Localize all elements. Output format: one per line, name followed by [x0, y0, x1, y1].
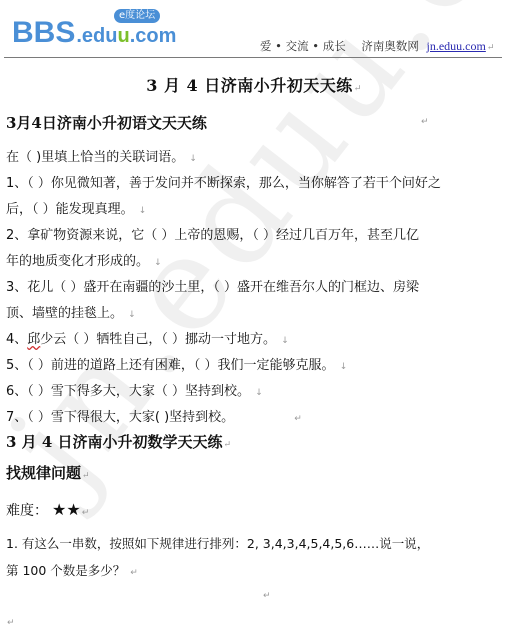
line-break-mark: ↓: [139, 206, 147, 216]
paragraph-mark: ↵: [82, 471, 90, 481]
logo-domain: .eduu.com: [76, 24, 176, 48]
line-break-mark: ↓: [281, 336, 289, 346]
logo-bbs: BBS: [12, 18, 75, 48]
paragraph-mark: ↵: [294, 414, 302, 424]
logo-domain-suffix: .com: [130, 25, 177, 47]
question-1-line-1: 1、（ ）你见微知著，善于发问并不断探索，那么，当你解答了若干个问好之: [6, 175, 441, 193]
question-text: 顶、墙壁的挂毯上。: [6, 306, 123, 321]
document-page: jn.eduu.com BBS .eduu.com e度论坛 爱 • 交流 • …: [0, 0, 508, 633]
site-name: 济南奥数网: [361, 39, 419, 53]
question-3-line-2: 顶、墙壁的挂毯上。 ↓: [6, 305, 136, 324]
instruction-text: 在（ )里填上恰当的关联词语。: [6, 150, 184, 165]
question-4: 4、邱少云（ ）牺牲自己，（ ）挪动一寸地方。 ↓: [6, 331, 289, 350]
chinese-instruction: 在（ )里填上恰当的关联词语。 ↓: [6, 149, 197, 168]
star-icon: ★★: [52, 500, 81, 519]
line-break-mark: ↓: [154, 258, 162, 268]
page-header: BBS .eduu.com e度论坛 爱 • 交流 • 成长 济南奥数网 jn.…: [0, 0, 508, 58]
paragraph-mark: ↵: [7, 618, 15, 628]
difficulty-rating: 难度：★★↵: [6, 500, 89, 520]
title-text: 3 月 4 日济南小升初天天练: [146, 76, 352, 95]
line-break-mark: ↓: [340, 362, 348, 372]
header-slogan: 爱 • 交流 • 成长 济南奥数网 jn.eduu.com↵: [260, 38, 494, 54]
question-text: 7、（ ）雪下得很大，大家( )坚持到校。: [6, 410, 234, 425]
math-subheading: 找规律问题↵: [6, 462, 90, 483]
spellcheck-flagged-word: 邱: [27, 332, 40, 347]
logo-domain-prefix: .edu: [76, 25, 117, 47]
question-2-line-1: 2、拿矿物资源来说，它（ ）上帝的恩赐，（ ）经过几百万年，甚至几亿: [6, 227, 419, 245]
chinese-section-heading: 3月4日济南小升初语文天天练: [6, 112, 207, 133]
paragraph-mark: ↵: [82, 508, 90, 518]
math-question-1-line-1: 1. 有这么一串数，按照如下规律进行排列：2, 3,4,3,4,5,4,5,6……: [6, 535, 429, 553]
paragraph-mark: ↵: [421, 117, 429, 127]
math-section-heading: 3 月 4 日济南小升初数学天天练↵: [6, 431, 231, 452]
question-text: 后，（ ）能发现真理。: [6, 202, 134, 217]
logo-badge: e度论坛: [114, 9, 160, 23]
question-text: 年的地质变化才形成的。: [6, 254, 149, 269]
question-5: 5、（ ）前进的道路上还有困难，（ ）我们一定能够克服。 ↓: [6, 357, 347, 376]
paragraph-mark: ↵: [263, 591, 271, 601]
document-title: 3 月 4 日济南小升初天天练↵: [0, 73, 508, 96]
paragraph-mark: ↵: [224, 440, 232, 450]
question-3-line-1: 3、花儿（ ）盛开在南疆的沙土里，（ ）盛开在维吾尔人的门框边、房梁: [6, 279, 419, 297]
question-text: 少云（ ）牺牲自己，（ ）挪动一寸地方。: [40, 332, 276, 347]
paragraph-mark: ↵: [354, 84, 362, 94]
question-text: 第 100 个数是多少？: [6, 563, 125, 578]
question-number: 4、: [6, 332, 27, 347]
question-6: 6、（ ）雪下得多大，大家（ ）坚持到校。 ↓: [6, 383, 263, 402]
question-7: 7、（ ）雪下得很大，大家( )坚持到校。↵: [6, 409, 302, 428]
question-1-line-2: 后，（ ）能发现真理。 ↓: [6, 201, 146, 220]
question-text: 6、（ ）雪下得多大，大家（ ）坚持到校。: [6, 384, 250, 399]
header-divider: [4, 57, 502, 58]
paragraph-mark: ↵: [130, 568, 138, 578]
line-break-mark: ↓: [189, 154, 197, 164]
site-link[interactable]: jn.eduu.com: [427, 39, 486, 53]
question-2-line-2: 年的地质变化才形成的。 ↓: [6, 253, 162, 272]
difficulty-label: 难度：: [6, 503, 48, 519]
line-break-mark: ↓: [128, 310, 136, 320]
subheading-text: 找规律问题: [6, 464, 81, 482]
logo-domain-u: u: [117, 25, 129, 47]
math-question-1-line-2: 第 100 个数是多少？ ↵: [6, 561, 138, 579]
slogan-text: 爱 • 交流 • 成长: [260, 39, 346, 53]
line-break-mark: ↓: [255, 388, 263, 398]
paragraph-mark: ↵: [487, 43, 495, 53]
heading-text: 3 月 4 日济南小升初数学天天练: [6, 433, 223, 451]
question-text: 5、（ ）前进的道路上还有困难，（ ）我们一定能够克服。: [6, 358, 335, 373]
